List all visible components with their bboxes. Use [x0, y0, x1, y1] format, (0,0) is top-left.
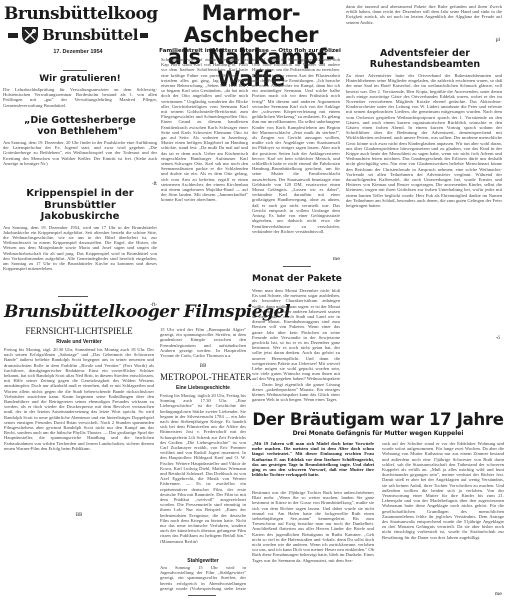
- author-signature: me: [300, 257, 340, 262]
- article-pakete-title: Monat der Pakete: [252, 274, 340, 285]
- film-title: Rivale und Verräter: [4, 339, 154, 345]
- filmspiegel-title: Brunsbüttelkooger Filmspiegel: [4, 300, 246, 324]
- issue-date: 17. Dezember 1954: [4, 49, 152, 55]
- article-braeutigam-column-1: Bestimmt war die 19jährige Tochter Ruth …: [252, 490, 374, 598]
- article-gottesherberge: „Die Gottesherberge von Bethlehem" Am So…: [3, 115, 157, 187]
- article-braeutigam-title: Der Bräutigam war 17 Jahre: [252, 410, 504, 430]
- article-braeutigam-column-2: sack auf der Schulter stand er vor der E…: [382, 441, 504, 591]
- article-pakete-continuation: dann die tausend und abertausend Pakete …: [346, 4, 502, 36]
- article-gratulieren: Wir gratulieren! Die Lehrabschlußprüfung…: [3, 74, 157, 113]
- coat-of-arms-anchor-icon: [20, 25, 40, 45]
- brennpunkt-algier-text: 15 Uhr wird der Film „Brennpunkt Algier"…: [160, 327, 246, 363]
- film-stahlgewitter: Stahlgewitter Am Sonntag 15 Uhr wird in …: [160, 558, 246, 591]
- filmspiegel-banner: Brunsbüttelkooger Filmspiegel: [4, 300, 246, 324]
- film-body: Am Sonntag 15 Uhr wird in Jugendvorstell…: [160, 565, 246, 591]
- cinema-fernsicht: FERNSICHT-LICHTSPIELE Rivale und Verräte…: [4, 326, 154, 518]
- article-marmor-column-2: in Karl erneut die Kampfgeister. Entsetz…: [252, 57, 340, 257]
- section-divider: [58, 296, 88, 297]
- masthead-title-brunsbuettel: Brunsbüttel: [42, 26, 138, 44]
- left-ribbon-icon: [8, 33, 18, 38]
- article-title: Wir gratulieren!: [3, 74, 157, 85]
- article-adventsfeier-body: Zu einer Adventsfeier hatte der Ortsverb…: [346, 73, 502, 335]
- article-body: Am Sonntag, dem 19. Dezember 1954, wird …: [3, 225, 157, 303]
- article-headline-line1: Marmor-Aschbecher: [162, 2, 340, 46]
- article-marmor-column-1: Schwankend wie auf einem Dreimaster bei …: [161, 57, 248, 254]
- masthead: Brunsbüttelkoog Brunsbüttel 17. Dezember…: [4, 4, 152, 64]
- film-title: Stahlgewitter: [160, 558, 246, 564]
- cinema-body: Freitag bis Montag, tägl. 20.30 Uhr, Son…: [4, 347, 154, 513]
- article-adventsfeier-title: Adventsfeier der Ruhestandsbeamten: [360, 48, 490, 70]
- author-signature: BB: [160, 364, 246, 369]
- cinema-body: Freitag bis Montag, täglich 20 Uhr, Frei…: [160, 393, 246, 543]
- author-signature: me: [440, 592, 502, 597]
- cinema-title: METROPOL-THEATER: [160, 372, 246, 383]
- article-braeutigam-lead: „Mit 19 Jahren will man sich Mädel doch …: [252, 441, 374, 489]
- article-braeutigam-subtitle: Drei Monate Gefängnis für Mutter wegen K…: [252, 430, 504, 438]
- section-divider: [188, 595, 216, 596]
- right-ribbon-icon: [140, 33, 148, 38]
- cinema-metropol: METROPOL-THEATER Eine Liebesgeschichte F…: [160, 372, 246, 543]
- author-signature: BB: [4, 513, 154, 518]
- article-body: Die Lehrabschlußprüfung für Verwaltungsa…: [3, 87, 157, 113]
- author-signature: pl: [440, 38, 500, 43]
- article-marmor-subtitle: Familienstreit in Mutters Interesse — Ot…: [150, 48, 350, 55]
- author-signature: -ft: [3, 182, 157, 187]
- article-title: Krippenspiel in der Brunsbüttler Jakobus…: [3, 188, 157, 223]
- section-divider: [283, 266, 311, 267]
- masthead-divider: [63, 70, 87, 71]
- film-title: Eine Liebesgeschichte: [160, 385, 246, 391]
- article-body: Am Sonntag, dem 19. Dezember, 20 Uhr fin…: [3, 140, 157, 182]
- article-title: „Die Gottesherberge von Bethlehem": [3, 115, 157, 137]
- masthead-title-brunsbuettelkoog: Brunsbüttelkoog: [4, 4, 152, 24]
- article-krippenspiel: Krippenspiel in der Brunsbüttler Jakobus…: [3, 188, 157, 308]
- author-signature: -ö: [440, 336, 500, 341]
- cinema-title: FERNSICHT-LICHTSPIELE: [4, 326, 154, 337]
